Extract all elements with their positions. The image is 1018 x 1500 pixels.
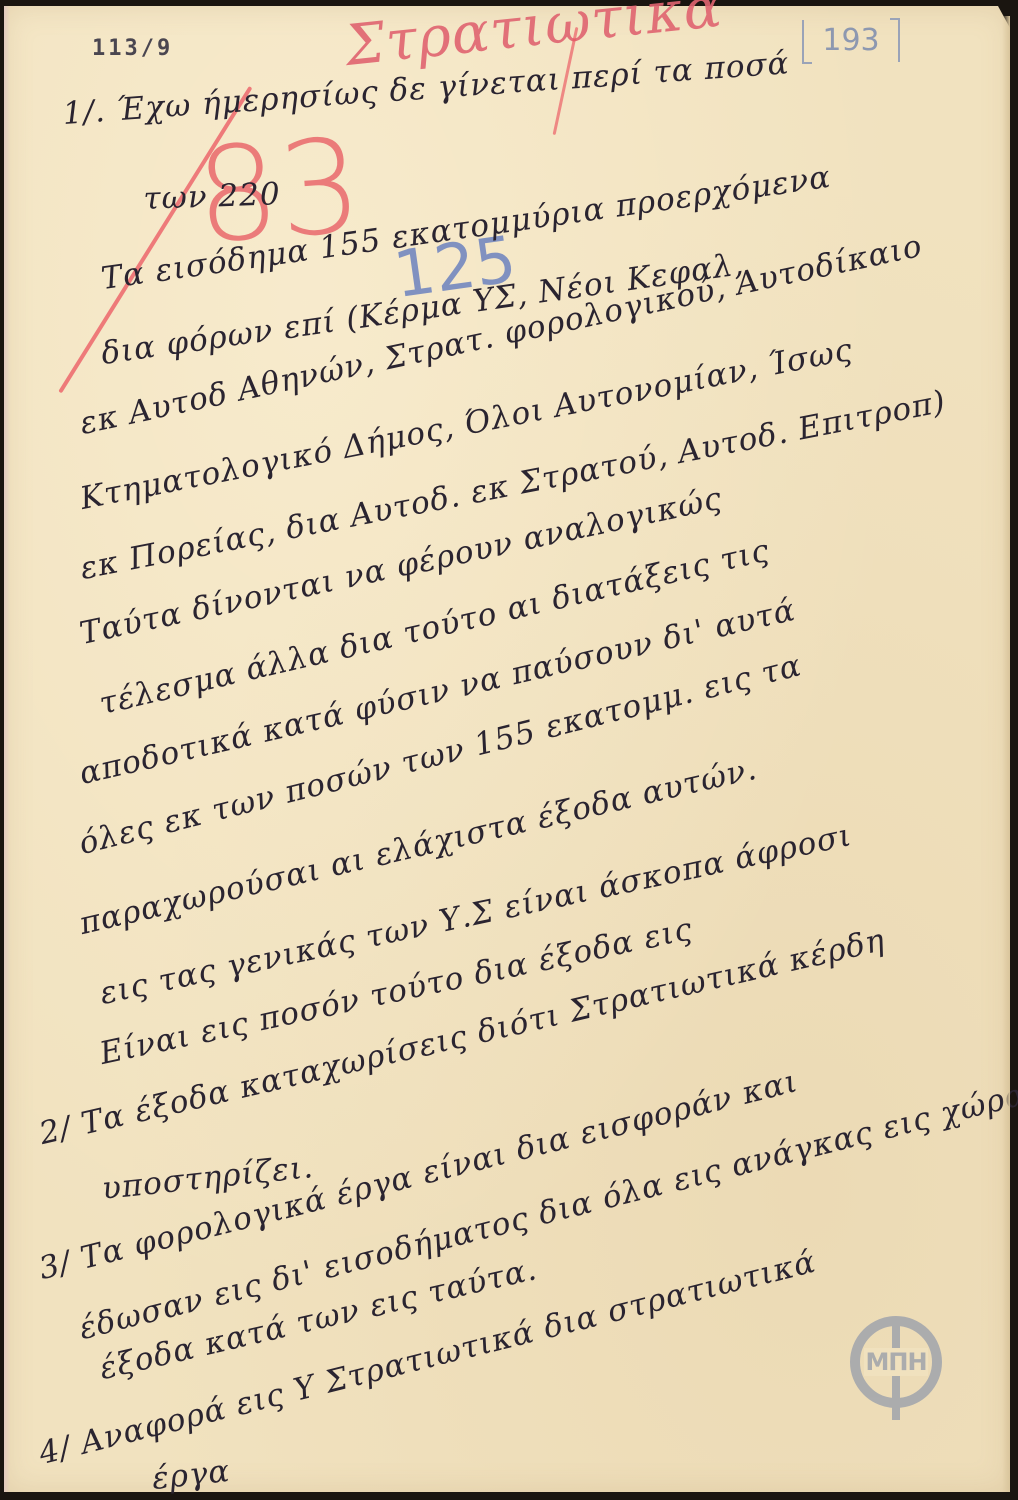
document-page: 113/9 Στρατιωτικά 193 83 125 1/. Έχω ήμε… [4,6,1010,1492]
folded-corner [998,6,1010,28]
handwritten-line: των 220 [143,176,281,217]
handwritten-line: έργα [150,1453,232,1497]
page-number-bracket: 193 [802,20,900,62]
archive-stamp: ΜΠΗ [850,1316,942,1408]
stamp-monogram: ΜΠΗ [864,1348,927,1376]
archive-reference-number: 113/9 [92,36,173,61]
